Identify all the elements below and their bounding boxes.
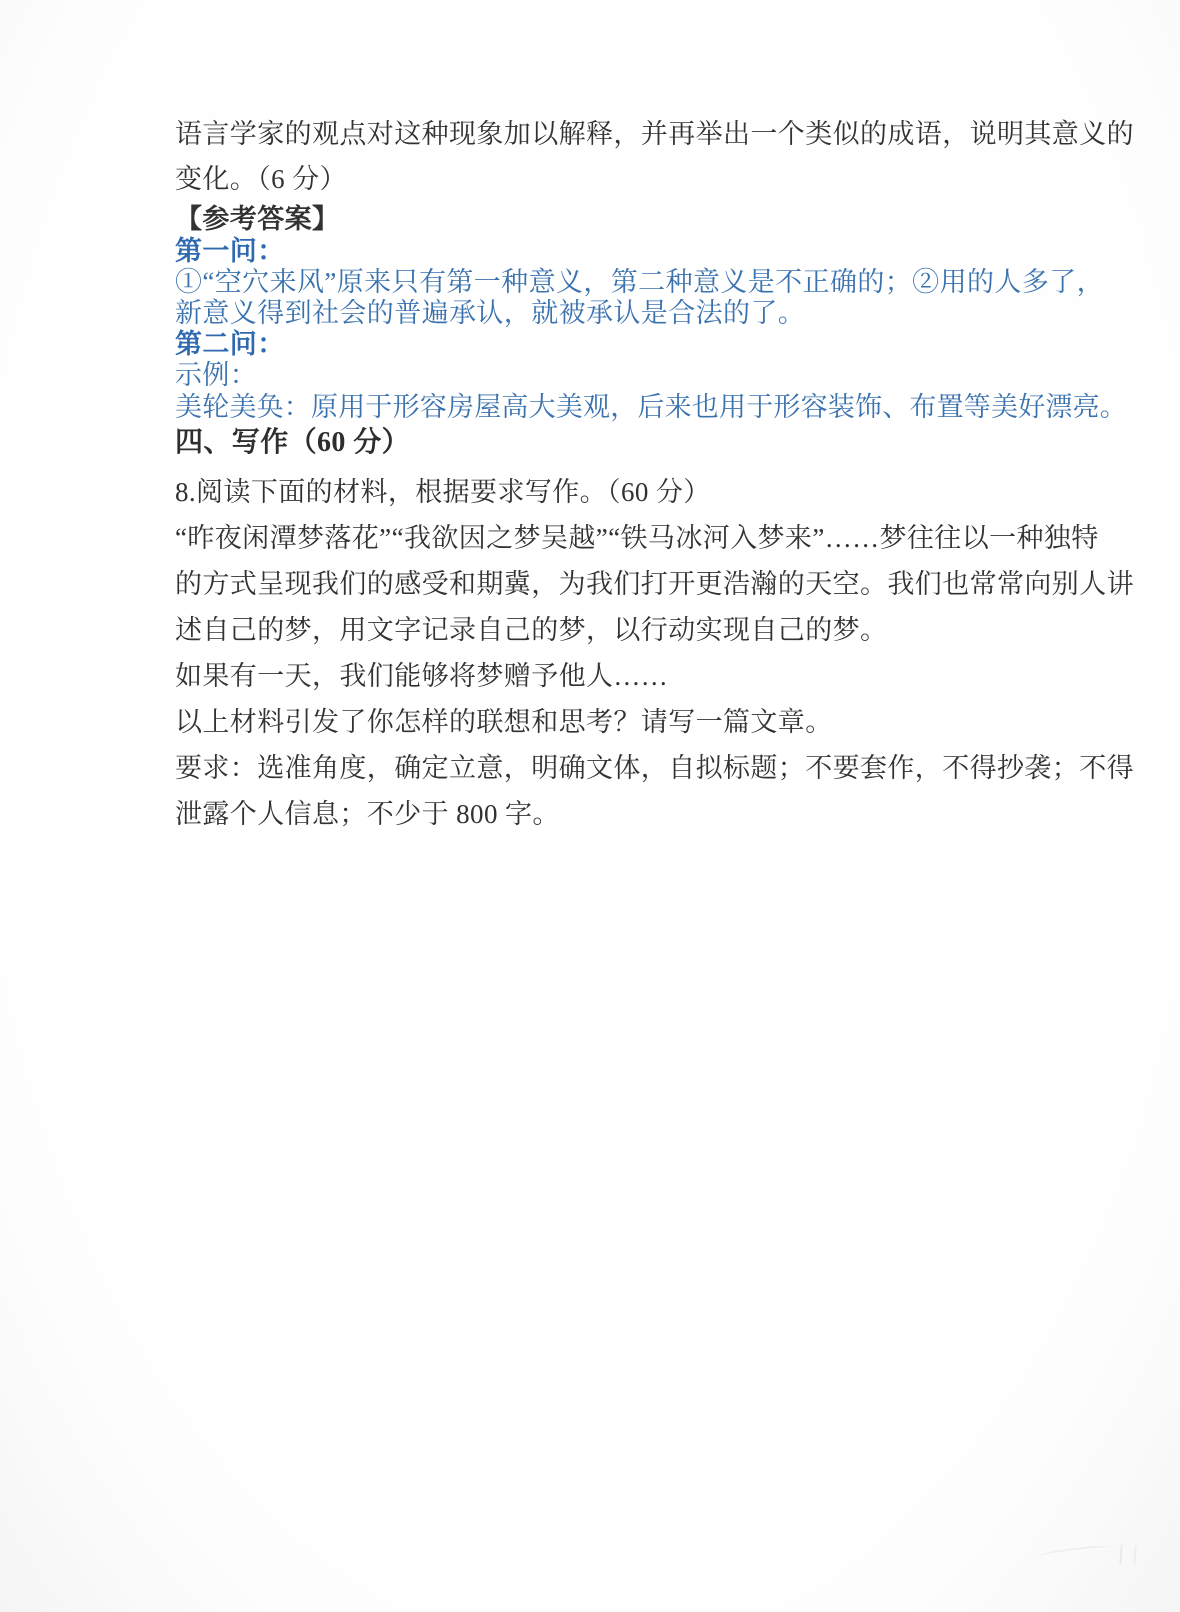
writing-requirements-line-1: 要求：选准角度，确定立意，明确文体，自拟标题；不要套作，不得抄袭；不得 — [175, 745, 1065, 791]
writing-material-line-2: 的方式呈现我们的感受和期冀，为我们打开更浩瀚的天空。我们也常常向别人讲 — [175, 561, 1065, 607]
answer-q1-line-1: ①“空穴来风”原来只有第一种意义，第二种意义是不正确的；②用的人多了， — [175, 267, 1065, 298]
exam-document-page: 语言学家的观点对这种现象加以解释，并再举出一个类似的成语，说明其意义的 变化。（… — [0, 0, 1180, 1612]
writing-material-line-4: 如果有一天，我们能够将梦赠予他人…… — [175, 653, 1065, 699]
writing-prompt: 8.阅读下面的材料，根据要求写作。（60 分） — [175, 469, 1065, 515]
scan-artifact-mark — [1119, 1544, 1136, 1565]
question-intro-line-1: 语言学家的观点对这种现象加以解释，并再举出一个类似的成语，说明其意义的 — [175, 112, 1065, 157]
page-content: 语言学家的观点对这种现象加以解释，并再举出一个类似的成语，说明其意义的 变化。（… — [175, 112, 1065, 837]
answer-q2-answer: 美轮美奂：原用于形容房屋高大美观，后来也用于形容装饰、布置等美好漂亮。 — [175, 391, 1065, 423]
writing-section-heading: 四、写作（60 分） — [175, 423, 1065, 463]
writing-material-line-3: 述自己的梦，用文字记录自己的梦，以行动实现自己的梦。 — [175, 607, 1065, 653]
answer-q1-label: 第一问： — [175, 236, 1065, 267]
scan-artifact-streak — [1038, 1544, 1110, 1561]
writing-requirements-line-2: 泄露个人信息；不少于 800 字。 — [175, 791, 1065, 837]
question-intro-line-2: 变化。（6 分） — [175, 157, 1065, 202]
writing-material-line-5: 以上材料引发了你怎样的联想和思考？请写一篇文章。 — [175, 699, 1065, 745]
answer-q1-line-2: 新意义得到社会的普遍承认，就被承认是合法的了。 — [175, 298, 1065, 329]
answer-q2-example-label: 示例： — [175, 360, 1065, 391]
writing-material-line-1: “昨夜闲潭梦落花”“我欲因之梦吴越”“铁马冰河入梦来”……梦往往以一种独特 — [175, 515, 1065, 561]
reference-answer-header: 【参考答案】 — [175, 202, 1065, 236]
answer-q2-label: 第二问： — [175, 329, 1065, 360]
